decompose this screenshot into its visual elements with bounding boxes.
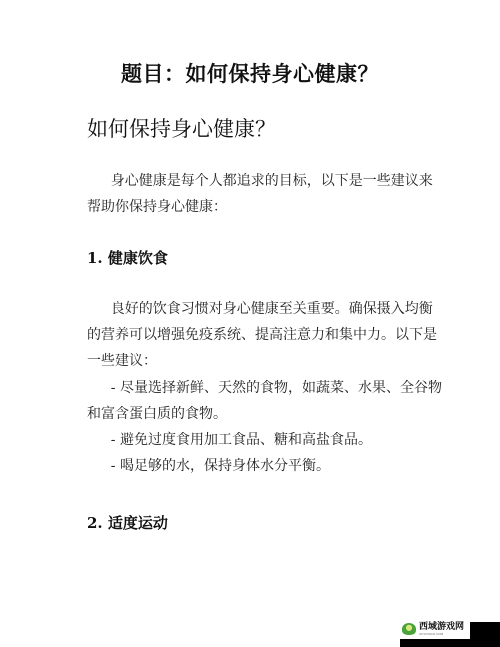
section-number: 1. — [87, 249, 103, 267]
section-number: 2. — [87, 514, 103, 532]
watermark-name: 西域游戏网 — [419, 622, 464, 632]
watermark: 西域游戏网 XIYUYOUXI.COM — [400, 618, 470, 639]
section-title: 适度运动 — [108, 514, 168, 532]
leaf-logo-icon — [402, 623, 416, 635]
section-title: 健康饮食 — [108, 249, 168, 267]
document-title: 题目：如何保持身心健康？ — [0, 58, 500, 88]
list-item: - 喝足够的水，保持身体水分平衡。 — [87, 453, 443, 479]
diet-paragraph: 良好的饮食习惯对身心健康至关重要。确保摄入均衡的营养可以增强免疫系统、提高注意力… — [87, 296, 443, 374]
intro-paragraph: 身心健康是每个人都追求的目标，以下是一些建议来帮助你保持身心健康： — [87, 168, 443, 220]
watermark-subtitle: XIYUYOUXI.COM — [419, 632, 464, 636]
list-item: - 避免过度食用加工食品、糖和高盐食品。 — [87, 427, 443, 453]
section-heading-exercise: 2. 适度运动 — [87, 512, 168, 533]
list-item: - 尽量选择新鲜、天然的食物，如蔬菜、水果、全谷物和富含蛋白质的食物。 — [87, 375, 443, 427]
main-heading: 如何保持身心健康？ — [87, 113, 276, 143]
diet-bullet-list: - 尽量选择新鲜、天然的食物，如蔬菜、水果、全谷物和富含蛋白质的食物。 - 避免… — [87, 375, 443, 479]
section-heading-diet: 1. 健康饮食 — [87, 247, 168, 268]
document-page: 题目：如何保持身心健康？ 如何保持身心健康？ 身心健康是每个人都追求的目标，以下… — [0, 0, 500, 647]
